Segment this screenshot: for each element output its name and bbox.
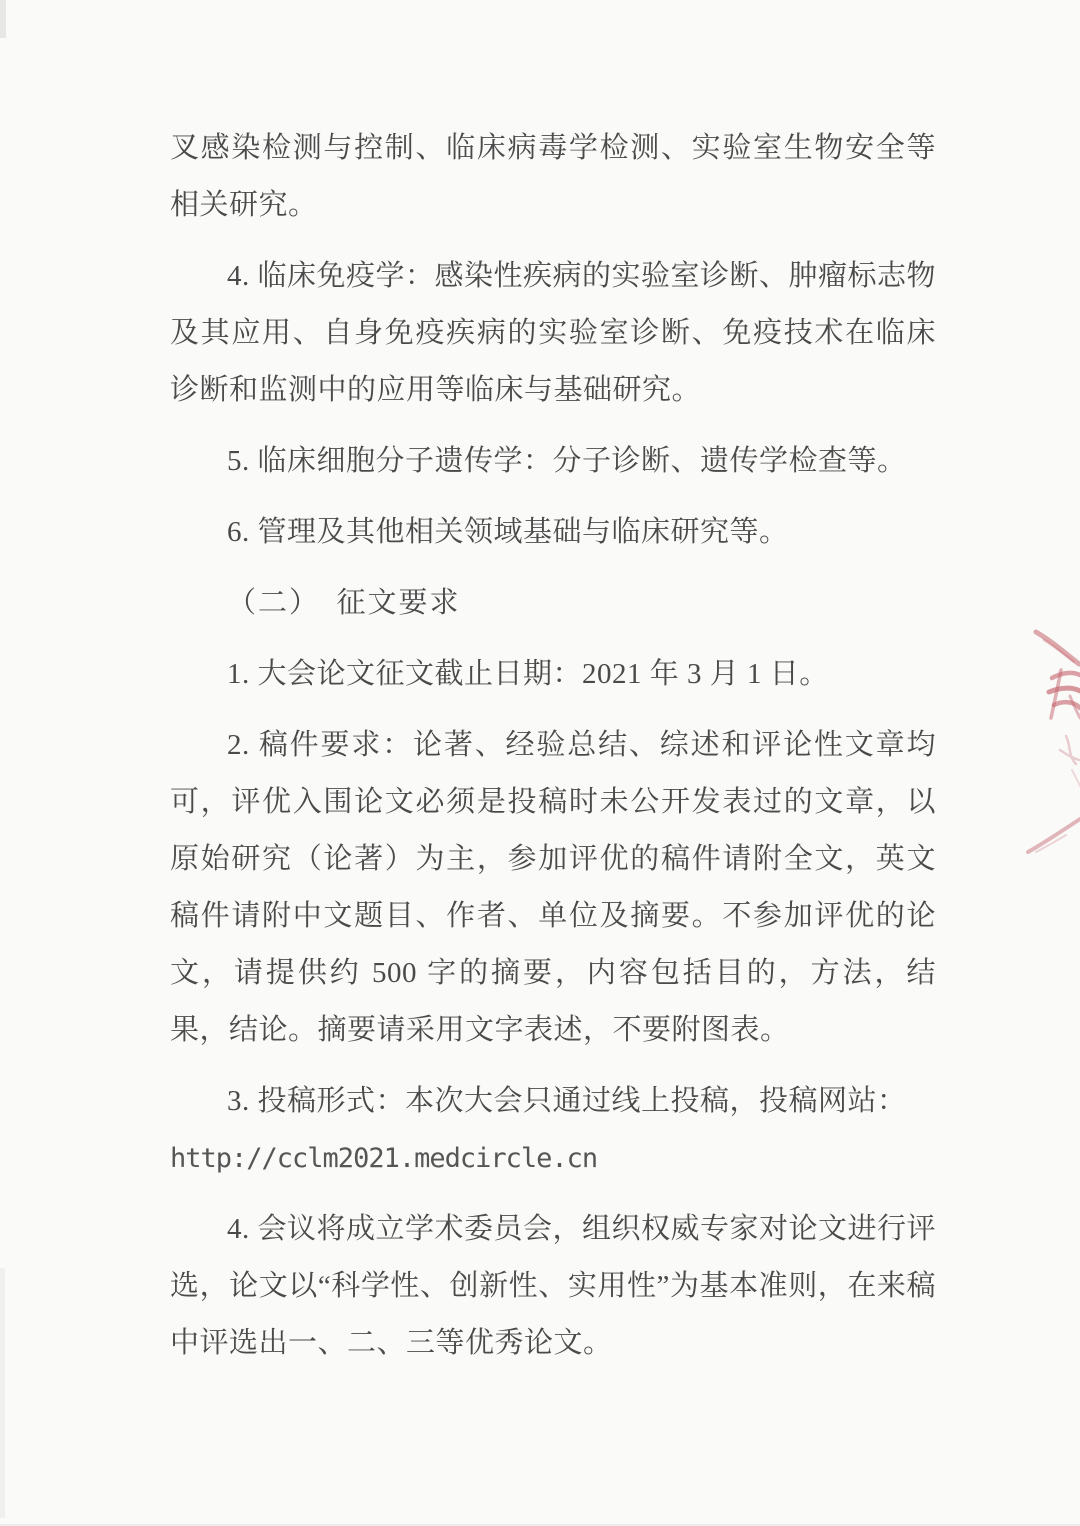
scan-edge-artifact	[0, 1268, 5, 1518]
numbered-item-4-immunology: 4. 临床免疫学：感染性疾病的实验室诊断、肿瘤标志物及其应用、自身免疫疾病的实验…	[170, 248, 936, 419]
document-text-block: 叉感染检测与控制、临床病毒学检测、实验室生物安全等相关研究。 4. 临床免疫学：…	[170, 120, 936, 1372]
submission-url: http://cclm2021.medcircle.cn	[170, 1130, 936, 1187]
numbered-item-1-deadline: 1. 大会论文征文截止日期：2021 年 3 月 1 日。	[170, 646, 936, 703]
numbered-item-4-review-committee: 4. 会议将成立学术委员会，组织权威专家对论文进行评选，论文以“科学性、创新性、…	[170, 1201, 936, 1372]
document-page: 叉感染检测与控制、临床病毒学检测、实验室生物安全等相关研究。 4. 临床免疫学：…	[0, 0, 1080, 1526]
scan-edge-artifact	[0, 0, 6, 38]
numbered-item-2-manuscript-requirements: 2. 稿件要求：论著、经验总结、综述和评论性文章均可，评优入围论文必须是投稿时未…	[170, 717, 936, 1059]
numbered-item-6-management: 6. 管理及其他相关领域基础与临床研究等。	[170, 504, 936, 561]
paragraph-continuation: 叉感染检测与控制、临床病毒学检测、实验室生物安全等相关研究。	[170, 120, 936, 234]
section-heading-call-for-papers: （二） 征文要求	[170, 575, 936, 632]
numbered-item-3-submission-method: 3. 投稿形式：本次大会只通过线上投稿，投稿网站：	[170, 1073, 936, 1130]
red-seal-fragment	[940, 600, 1080, 900]
numbered-item-5-genetics: 5. 临床细胞分子遗传学：分子诊断、遗传学检查等。	[170, 433, 936, 490]
